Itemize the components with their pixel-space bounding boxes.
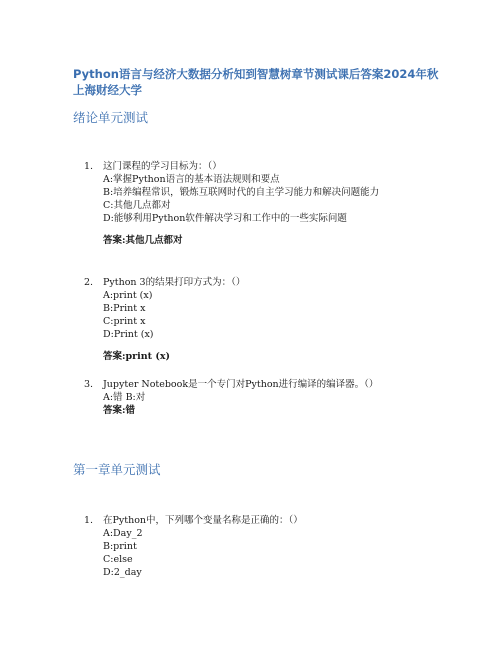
section-heading-intro: 绪论单元测试 xyxy=(73,108,148,126)
question-number: 3. xyxy=(84,378,102,391)
document-title: Python语言与经济大数据分析知到智慧树章节测试课后答案2024年秋上海财经大… xyxy=(73,66,443,98)
question-body: Jupyter Notebook是一个专门对Python进行编译的编译器。（） … xyxy=(103,378,433,417)
question-body: 这门课程的学习目标为：（） A:掌握Python语言的基本语法规则和要点 B:培… xyxy=(103,160,433,247)
option-a: A:Day_2 xyxy=(103,527,433,540)
option-b: B:print xyxy=(103,540,433,553)
question-body: 在Python中，下列哪个变量名称是正确的：（） A:Day_2 B:print… xyxy=(103,514,433,579)
option-d: D:Print (x) xyxy=(103,328,433,341)
option-b: B:Print x xyxy=(103,302,433,315)
option-d: D:2_day xyxy=(103,566,433,579)
question-number: 1. xyxy=(84,160,102,173)
answer-text: 答案:print (x) xyxy=(103,350,433,363)
option-c: C:print x xyxy=(103,315,433,328)
option-a: A:print (x) xyxy=(103,289,433,302)
option-c: C:其他几点都对 xyxy=(103,199,433,212)
question-text: 在Python中，下列哪个变量名称是正确的：（） xyxy=(103,514,433,527)
answer-text: 答案:其他几点都对 xyxy=(103,234,433,247)
question-number: 1. xyxy=(84,514,102,527)
section-heading-chapter-1: 第一章单元测试 xyxy=(73,460,161,478)
question-text: 这门课程的学习目标为：（） xyxy=(103,160,433,173)
question-body: Python 3的结果打印方式为：（） A:print (x) B:Print … xyxy=(103,276,433,363)
document-page: Python语言与经济大数据分析知到智慧树章节测试课后答案2024年秋上海财经大… xyxy=(0,0,500,647)
option-b: B:培养编程常识，锻炼互联网时代的自主学习能力和解决问题能力 xyxy=(103,186,433,199)
option-a: A:掌握Python语言的基本语法规则和要点 xyxy=(103,173,433,186)
option-c: C:else xyxy=(103,553,433,566)
options-line: A:错 B:对 xyxy=(103,391,433,404)
option-d: D:能够利用Python软件解决学习和工作中的一些实际问题 xyxy=(103,212,433,225)
question-number: 2. xyxy=(84,276,102,289)
question-text: Python 3的结果打印方式为：（） xyxy=(103,276,433,289)
answer-text: 答案:错 xyxy=(103,404,433,417)
question-text: Jupyter Notebook是一个专门对Python进行编译的编译器。（） xyxy=(103,378,433,391)
